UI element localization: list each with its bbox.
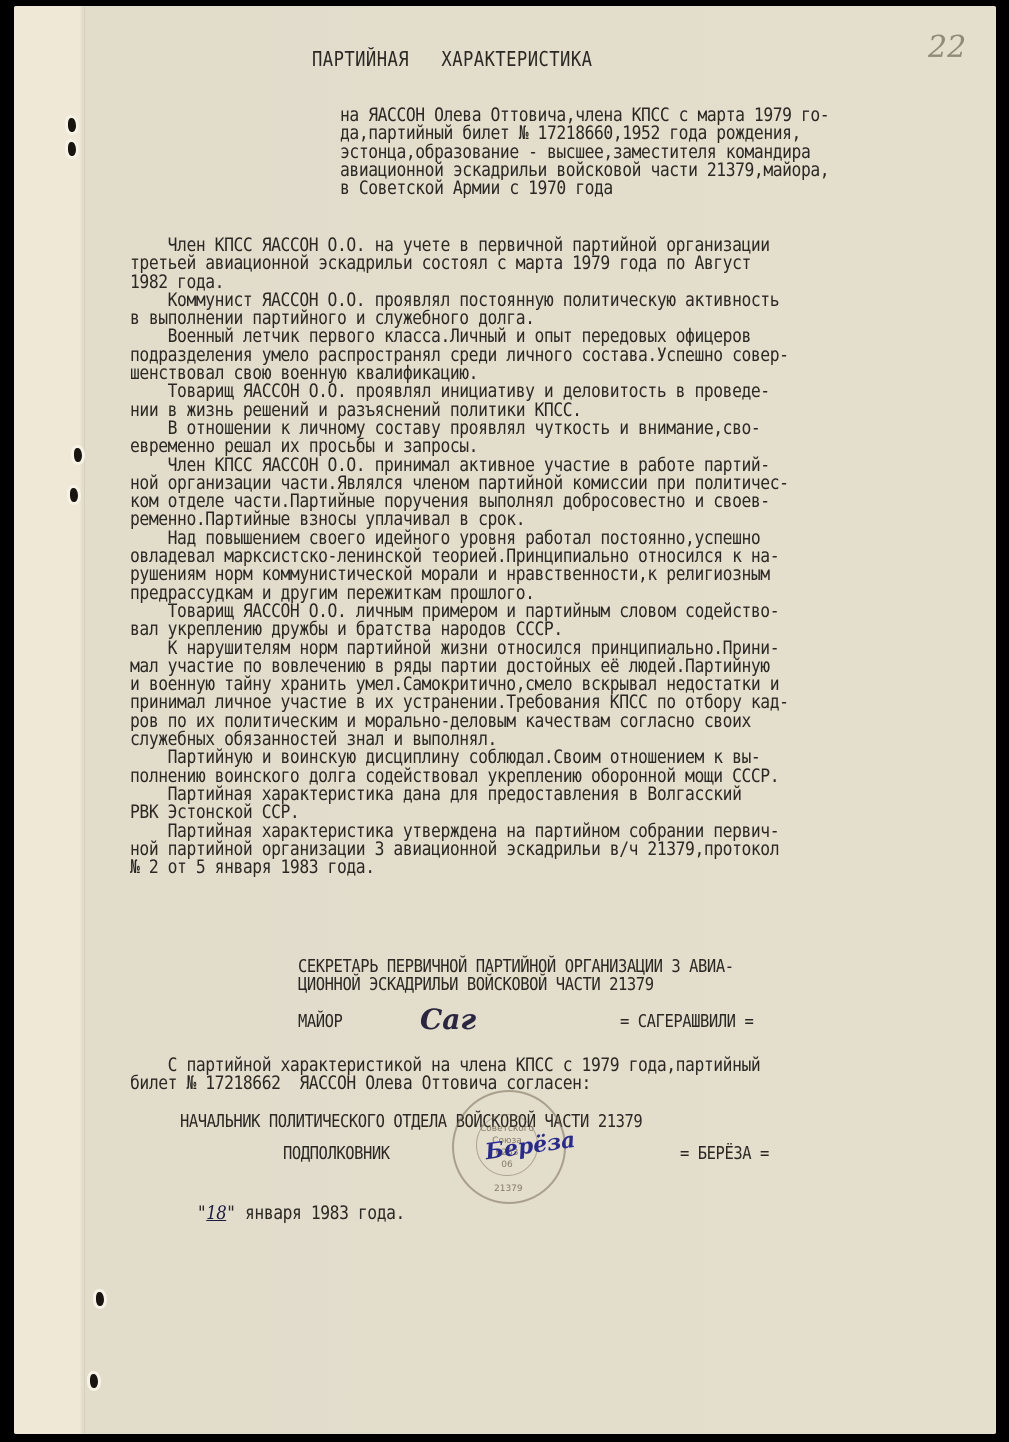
- body-line: № 2 от 5 января 1983 года.: [130, 858, 789, 876]
- body-line: принимал личное участие в их устранении.…: [130, 693, 789, 711]
- page-number: 22: [928, 30, 966, 65]
- header-line: да,партийный билет № 17218660,1952 года …: [340, 124, 829, 142]
- agreement-statement: С партийной характеристикой на члена КПС…: [130, 1056, 760, 1093]
- date-quote-close: ": [226, 1202, 235, 1224]
- date-quote-open: ": [197, 1202, 206, 1224]
- paper-fold: [84, 6, 85, 1434]
- agreement-line: билет № 17218662 ЯАССОН Олева Оттовича с…: [130, 1074, 760, 1092]
- subject-header: на ЯАССОН Олева Оттовича,члена КПСС с ма…: [340, 106, 829, 197]
- secretary-rank: МАЙОР: [298, 1013, 342, 1031]
- secretary-signature: Саг: [420, 1003, 476, 1036]
- punch-hole: [96, 1292, 104, 1306]
- secretary-name: = САГЕРАШВИЛИ =: [620, 1013, 753, 1031]
- document-date: "18" января 1983 года.: [178, 1186, 405, 1223]
- punch-hole: [68, 142, 76, 156]
- body-line: рушениям норм коммунистической морали и …: [130, 565, 789, 583]
- position-line: ЦИОННОЙ ЭСКАДРИЛЬИ ВОЙСКОВОЙ ЧАСТИ 21379: [298, 976, 734, 994]
- date-month-year: января 1983 года.: [236, 1202, 405, 1224]
- punch-hole: [68, 118, 76, 132]
- secretary-position: СЕКРЕТАРЬ ПЕРВИЧНОЙ ПАРТИЙНОЙ ОРГАНИЗАЦИ…: [298, 958, 734, 995]
- head-name: = БЕРЁЗА =: [680, 1145, 769, 1163]
- punch-hole: [90, 1374, 98, 1388]
- characteristic-body: Член КПСС ЯАССОН О.О. на учете в первичн…: [130, 236, 789, 876]
- body-line: третьей авиационной эскадрильи состоял с…: [130, 254, 789, 272]
- head-rank: ПОДПОЛКОВНИК: [283, 1145, 390, 1163]
- stamp-unit-number: 21379: [494, 1184, 523, 1194]
- body-line: Товарищ ЯАССОН О.О. проявлял инициативу …: [130, 382, 789, 400]
- body-line: вал укреплению дружбы и братства народов…: [130, 620, 789, 638]
- date-day: 18: [206, 1202, 226, 1224]
- punch-hole: [74, 448, 82, 462]
- punch-hole: [70, 488, 78, 502]
- body-line: ременно.Партийные взносы уплачивал в сро…: [130, 510, 789, 528]
- header-line: в Советской Армии с 1970 года: [340, 179, 829, 197]
- body-line: РВК Эстонской ССР.: [130, 803, 789, 821]
- body-line: Партийную и воинскую дисциплину соблюдал…: [130, 748, 789, 766]
- document-title: ПАРТИЙНАЯ ХАРАКТЕРИСТИКА: [312, 50, 592, 68]
- body-line: евременно решал их просьбы и запросы.: [130, 437, 789, 455]
